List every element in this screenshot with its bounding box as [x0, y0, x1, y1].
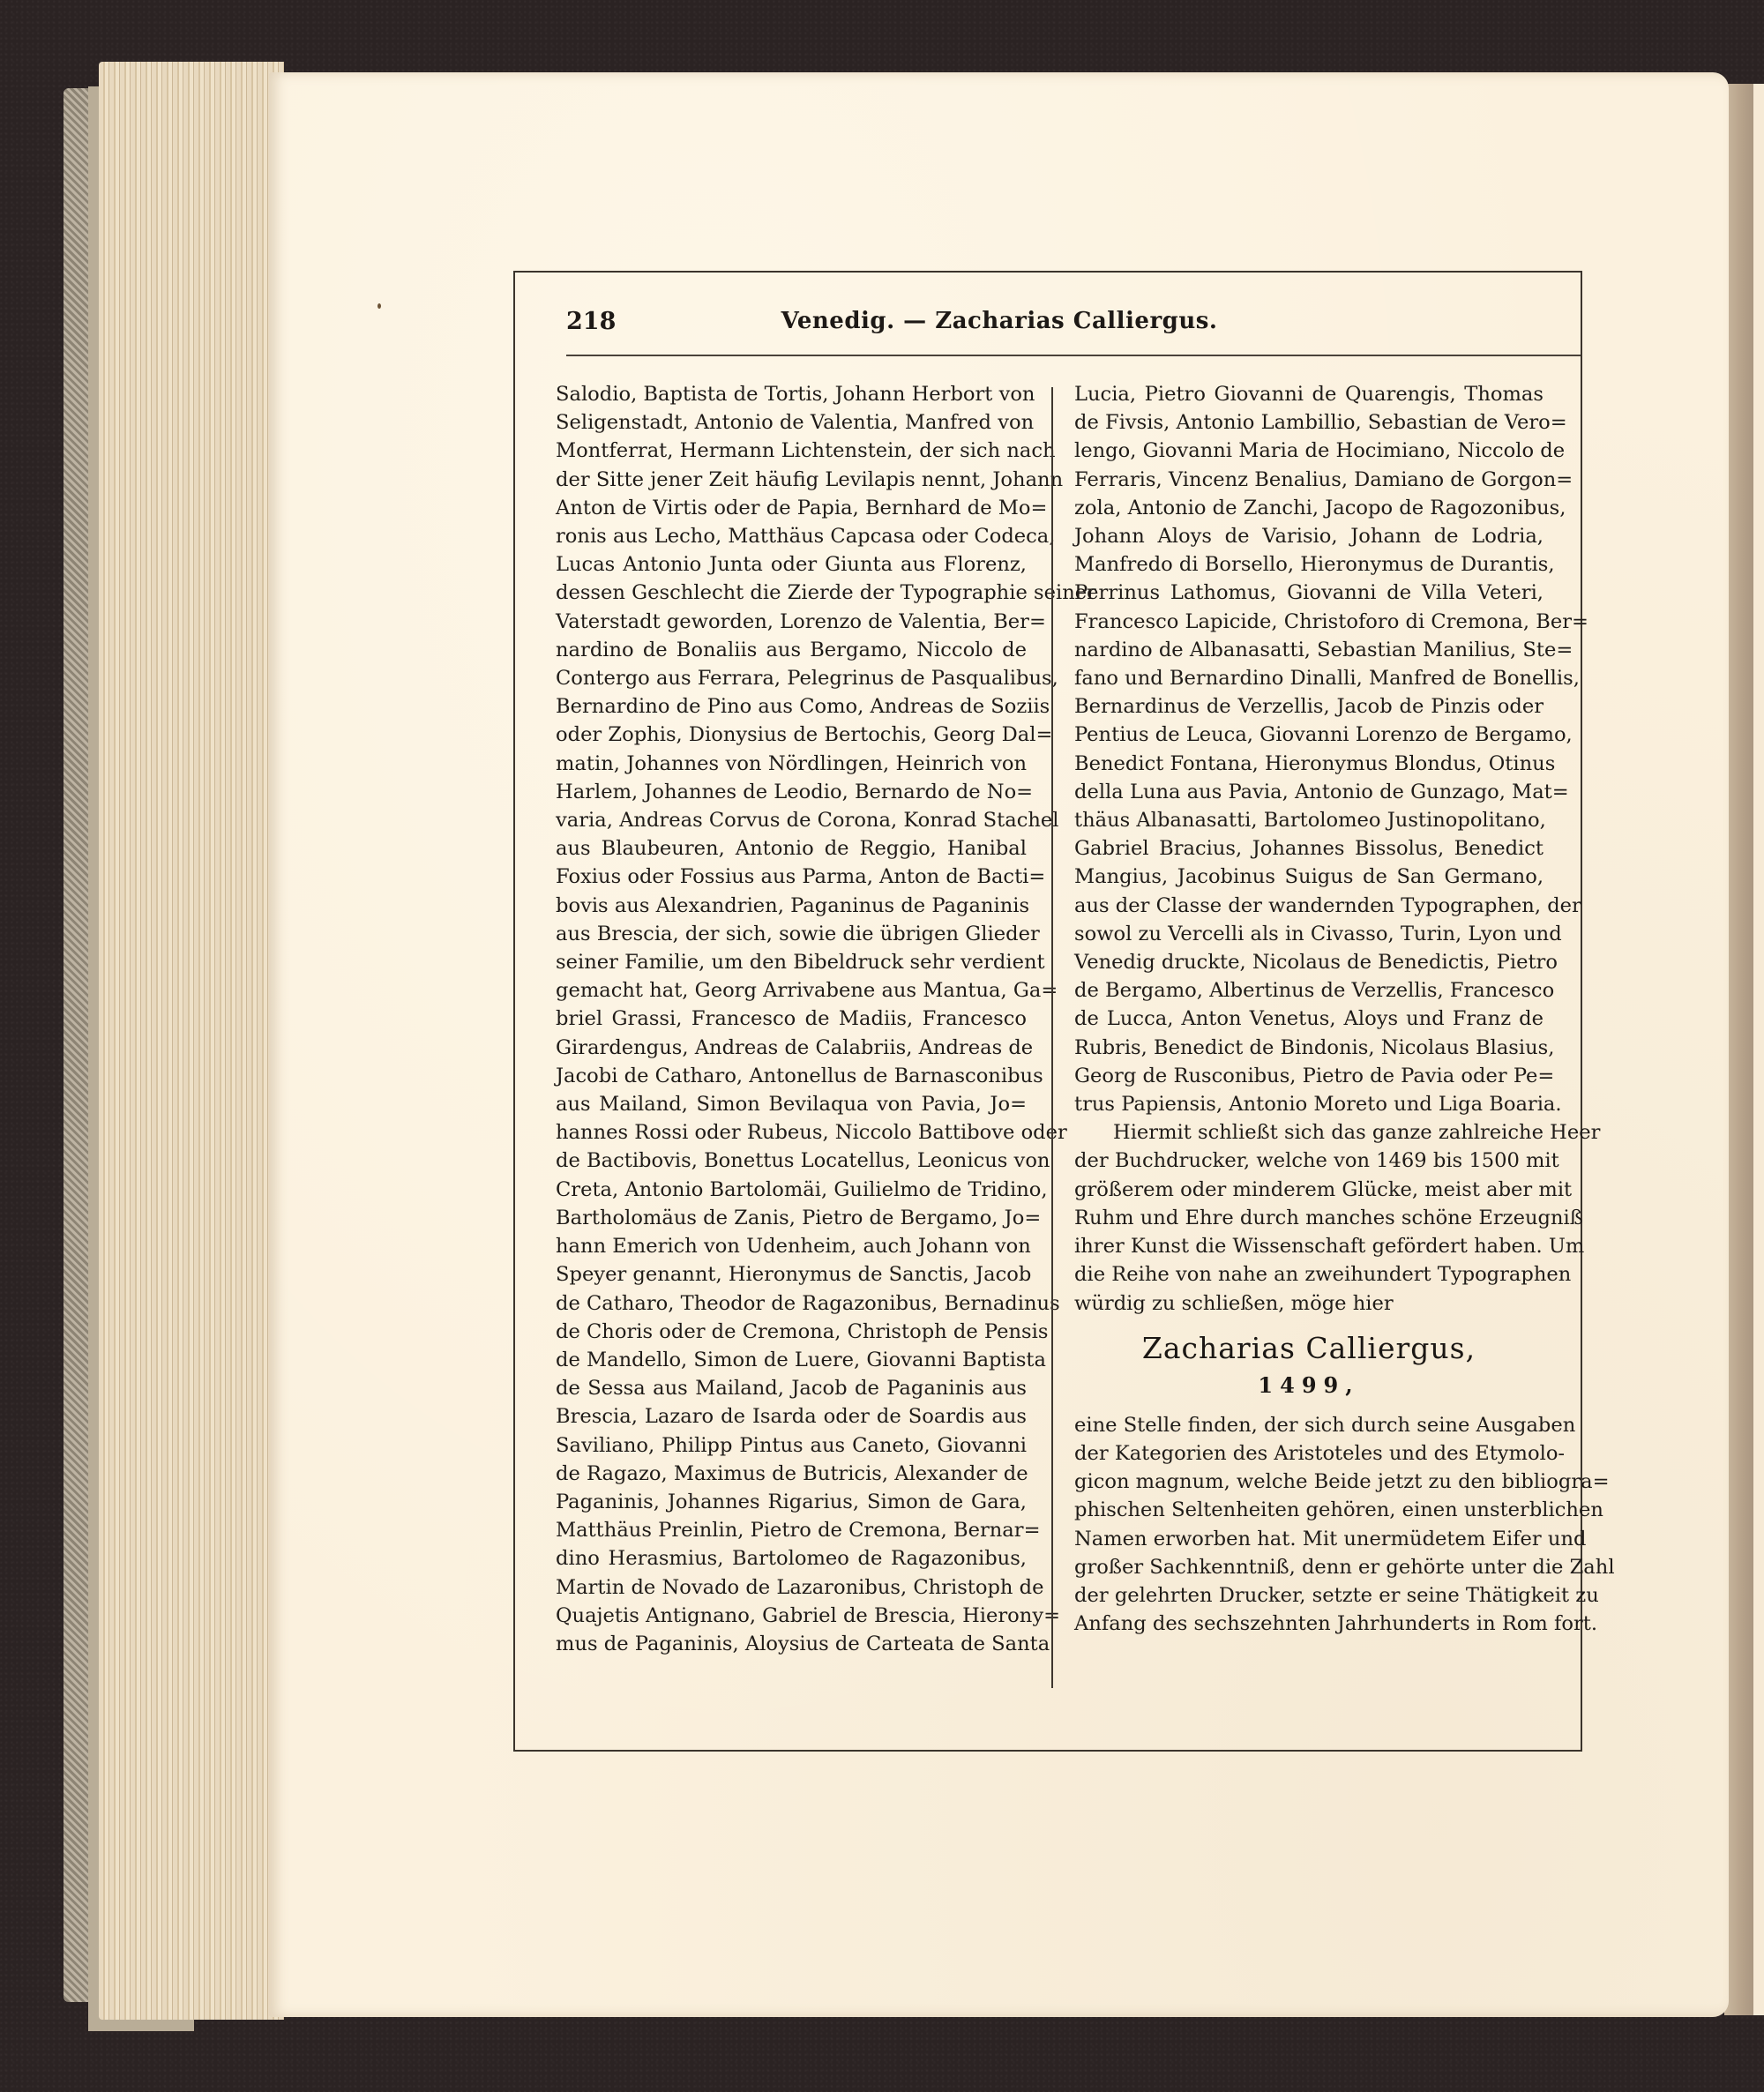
text-line: Francesco Lapicide, Christoforo di Cremo… [1074, 608, 1543, 636]
text-line: Ferraris, Vincenz Benalius, Damiano de G… [1074, 466, 1543, 494]
text-line: Gabriel Bracius, Johannes Bissolus, Bene… [1074, 834, 1543, 863]
text-line: briel Grassi, Francesco de Madiis, Franc… [556, 1005, 1027, 1033]
text-line: trus Papiensis, Antonio Moreto und Liga … [1074, 1090, 1543, 1118]
right-column-bottom-paragraph: eine Stelle finden, der sich durch seine… [1074, 1411, 1543, 1639]
text-line: Bernardino de Pino aus Como, Andreas de … [556, 692, 1027, 721]
text-line: Benedict Fontana, Hieronymus Blondus, Ot… [1074, 750, 1543, 778]
text-line: der Kategorien des Aristoteles und des E… [1074, 1439, 1543, 1468]
text-line: Speyer genannt, Hieronymus de Sanctis, J… [556, 1260, 1027, 1289]
text-line: matin, Johannes von Nördlingen, Heinrich… [556, 750, 1027, 778]
text-line: Anton de Virtis oder de Papia, Bernhard … [556, 494, 1027, 522]
text-line: Salodio, Baptista de Tortis, Johann Herb… [556, 380, 1027, 408]
text-line: Quajetis Antignano, Gabriel de Brescia, … [556, 1602, 1027, 1630]
text-line: Pentius de Leuca, Giovanni Lorenzo de Be… [1074, 721, 1543, 749]
text-line: Seligenstadt, Antonio de Valentia, Manfr… [556, 408, 1027, 437]
left-column: Salodio, Baptista de Tortis, Johann Herb… [556, 380, 1027, 1658]
text-line: Saviliano, Philipp Pintus aus Caneto, Gi… [556, 1431, 1027, 1460]
header-rule [566, 355, 1581, 356]
text-line: varia, Andreas Corvus de Corona, Konrad … [556, 806, 1027, 834]
text-line: Bartholomäus de Zanis, Pietro de Bergamo… [556, 1204, 1027, 1232]
text-line: aus Blaubeuren, Antonio de Reggio, Hanib… [556, 834, 1027, 863]
text-line: Martin de Novado de Lazaronibus, Christo… [556, 1573, 1027, 1602]
text-line: eine Stelle finden, der sich durch seine… [1074, 1411, 1543, 1439]
section-heading: Zacharias Calliergus, [1074, 1328, 1543, 1369]
text-line: de Catharo, Theodor de Ragazonibus, Bern… [556, 1289, 1027, 1318]
text-line: de Ragazo, Maximus de Butricis, Alexande… [556, 1460, 1027, 1488]
text-line: de Bergamo, Albertinus de Verzellis, Fra… [1074, 976, 1543, 1005]
text-line: dino Herasmius, Bartolomeo de Ragazonibu… [556, 1544, 1027, 1573]
text-line: de Choris oder de Cremona, Christoph de … [556, 1318, 1027, 1346]
text-line: Venedig druckte, Nicolaus de Benedictis,… [1074, 948, 1543, 976]
text-line: Foxius oder Fossius aus Parma, Anton de … [556, 863, 1027, 891]
text-line: de Fivsis, Antonio Lambillio, Sebastian … [1074, 408, 1543, 437]
text-line: die Reihe von nahe an zweihundert Typogr… [1074, 1260, 1543, 1289]
facing-page-edge [1753, 84, 1764, 2015]
text-line: Montferrat, Hermann Lichtenstein, der si… [556, 437, 1027, 465]
text-line: aus der Classe der wandernden Typographe… [1074, 892, 1543, 920]
right-column: Lucia, Pietro Giovanni de Quarengis, Tho… [1074, 380, 1543, 1638]
running-head-title: Venedig. — Zacharias Calliergus. [515, 308, 1581, 334]
text-line: Creta, Antonio Bartolomäi, Guilielmo de … [556, 1176, 1027, 1204]
text-line: de Bactibovis, Bonettus Locatellus, Leon… [556, 1147, 1027, 1175]
text-line: Namen erworben hat. Mit unermüdetem Eife… [1074, 1525, 1543, 1553]
text-line: Vaterstadt geworden, Lorenzo de Valentia… [556, 608, 1027, 636]
text-line: oder Zophis, Dionysius de Bertochis, Geo… [556, 721, 1027, 749]
text-line: de Lucca, Anton Venetus, Aloys und Franz… [1074, 1005, 1543, 1033]
text-line: Girardengus, Andreas de Calabriis, Andre… [556, 1034, 1027, 1062]
text-line: Anfang des sechszehnten Jahrhunderts in … [1074, 1610, 1543, 1638]
text-line: würdig zu schließen, möge hier [1074, 1289, 1543, 1318]
text-line: aus Mailand, Simon Bevilaqua von Pavia, … [556, 1090, 1027, 1118]
text-line: gemacht hat, Georg Arrivabene aus Mantua… [556, 976, 1027, 1005]
text-line: fano und Bernardino Dinalli, Manfred de … [1074, 664, 1543, 692]
text-line: bovis aus Alexandrien, Paganinus de Paga… [556, 892, 1027, 920]
text-line: Harlem, Johannes de Leodio, Bernardo de … [556, 778, 1027, 806]
text-line: Lucia, Pietro Giovanni de Quarengis, Tho… [1074, 380, 1543, 408]
text-line: Lucas Antonio Junta oder Giunta aus Flor… [556, 550, 1027, 579]
text-line: Manfredo di Borsello, Hieronymus de Dura… [1074, 550, 1543, 579]
text-line: nardino de Albanasatti, Sebastian Manili… [1074, 636, 1543, 664]
text-line: großer Sachkenntniß, denn er gehörte unt… [1074, 1553, 1543, 1581]
text-line: ihrer Kunst die Wissenschaft gefördert h… [1074, 1232, 1543, 1260]
text-line: der gelehrten Drucker, setzte er seine T… [1074, 1581, 1543, 1610]
column-divider [1051, 387, 1053, 1688]
text-line: thäus Albanasatti, Bartolomeo Justinopol… [1074, 806, 1543, 834]
text-line: aus Brescia, der sich, sowie die übrigen… [556, 920, 1027, 948]
text-line: größerem oder minderem Glücke, meist abe… [1074, 1176, 1543, 1204]
text-line: sowol zu Vercelli als in Civasso, Turin,… [1074, 920, 1543, 948]
text-line: Perrinus Lathomus, Giovanni de Villa Vet… [1074, 579, 1543, 607]
text-line: Paganinis, Johannes Rigarius, Simon de G… [556, 1488, 1027, 1516]
text-line: Johann Aloys de Varisio, Johann de Lodri… [1074, 522, 1543, 550]
text-line: hann Emerich von Udenheim, auch Johann v… [556, 1232, 1027, 1260]
text-line: Contergo aus Ferrara, Pelegrinus de Pasq… [556, 664, 1027, 692]
text-line: nardino de Bonaliis aus Bergamo, Niccolo… [556, 636, 1027, 664]
text-line: Ruhm und Ehre durch manches schöne Erzeu… [1074, 1204, 1543, 1232]
text-line: der Buchdrucker, welche von 1469 bis 150… [1074, 1147, 1543, 1175]
facing-page-gutter [1724, 84, 1755, 2015]
text-line: Brescia, Lazaro de Isarda oder de Soardi… [556, 1402, 1027, 1431]
text-line: der Sitte jener Zeit häufig Levilapis ne… [556, 466, 1027, 494]
text-line: phischen Seltenheiten gehören, einen uns… [1074, 1496, 1543, 1524]
text-line: mus de Paganinis, Aloysius de Carteata d… [556, 1630, 1027, 1658]
text-frame: 218 Venedig. — Zacharias Calliergus. Sal… [513, 271, 1582, 1752]
text-line: dessen Geschlecht die Zierde der Typogra… [556, 579, 1027, 607]
text-line: Rubris, Benedict de Bindonis, Nicolaus B… [1074, 1034, 1543, 1062]
running-head: 218 Venedig. — Zacharias Calliergus. [515, 290, 1581, 343]
text-line: de Sessa aus Mailand, Jacob de Paganinis… [556, 1374, 1027, 1402]
paper-speck [377, 303, 381, 309]
text-line: Georg de Rusconibus, Pietro de Pavia ode… [1074, 1062, 1543, 1090]
section-year: 1499, [1074, 1369, 1543, 1402]
text-line: Hiermit schließt sich das ganze zahlreic… [1074, 1118, 1543, 1147]
right-column-paragraph: Hiermit schließt sich das ganze zahlreic… [1074, 1118, 1543, 1317]
right-column-list: Lucia, Pietro Giovanni de Quarengis, Tho… [1074, 380, 1543, 1118]
text-line: zola, Antonio de Zanchi, Jacopo de Ragoz… [1074, 494, 1543, 522]
text-line: hannes Rossi oder Rubeus, Niccolo Battib… [556, 1118, 1027, 1147]
text-line: gicon magnum, welche Beide jetzt zu den … [1074, 1468, 1543, 1496]
text-line: Bernardinus de Verzellis, Jacob de Pinzi… [1074, 692, 1543, 721]
text-line: Matthäus Preinlin, Pietro de Cremona, Be… [556, 1516, 1027, 1544]
text-line: Mangius, Jacobinus Suigus de San Germano… [1074, 863, 1543, 891]
text-line: lengo, Giovanni Maria de Hocimiano, Nicc… [1074, 437, 1543, 465]
text-line: seiner Familie, um den Bibeldruck sehr v… [556, 948, 1027, 976]
text-line: ronis aus Lecho, Matthäus Capcasa oder C… [556, 522, 1027, 550]
text-line: della Luna aus Pavia, Antonio de Gunzago… [1074, 778, 1543, 806]
text-line: Jacobi de Catharo, Antonellus de Barnasc… [556, 1062, 1027, 1090]
page-edge-stack [99, 62, 284, 2020]
text-line: de Mandello, Simon de Luere, Giovanni Ba… [556, 1346, 1027, 1374]
